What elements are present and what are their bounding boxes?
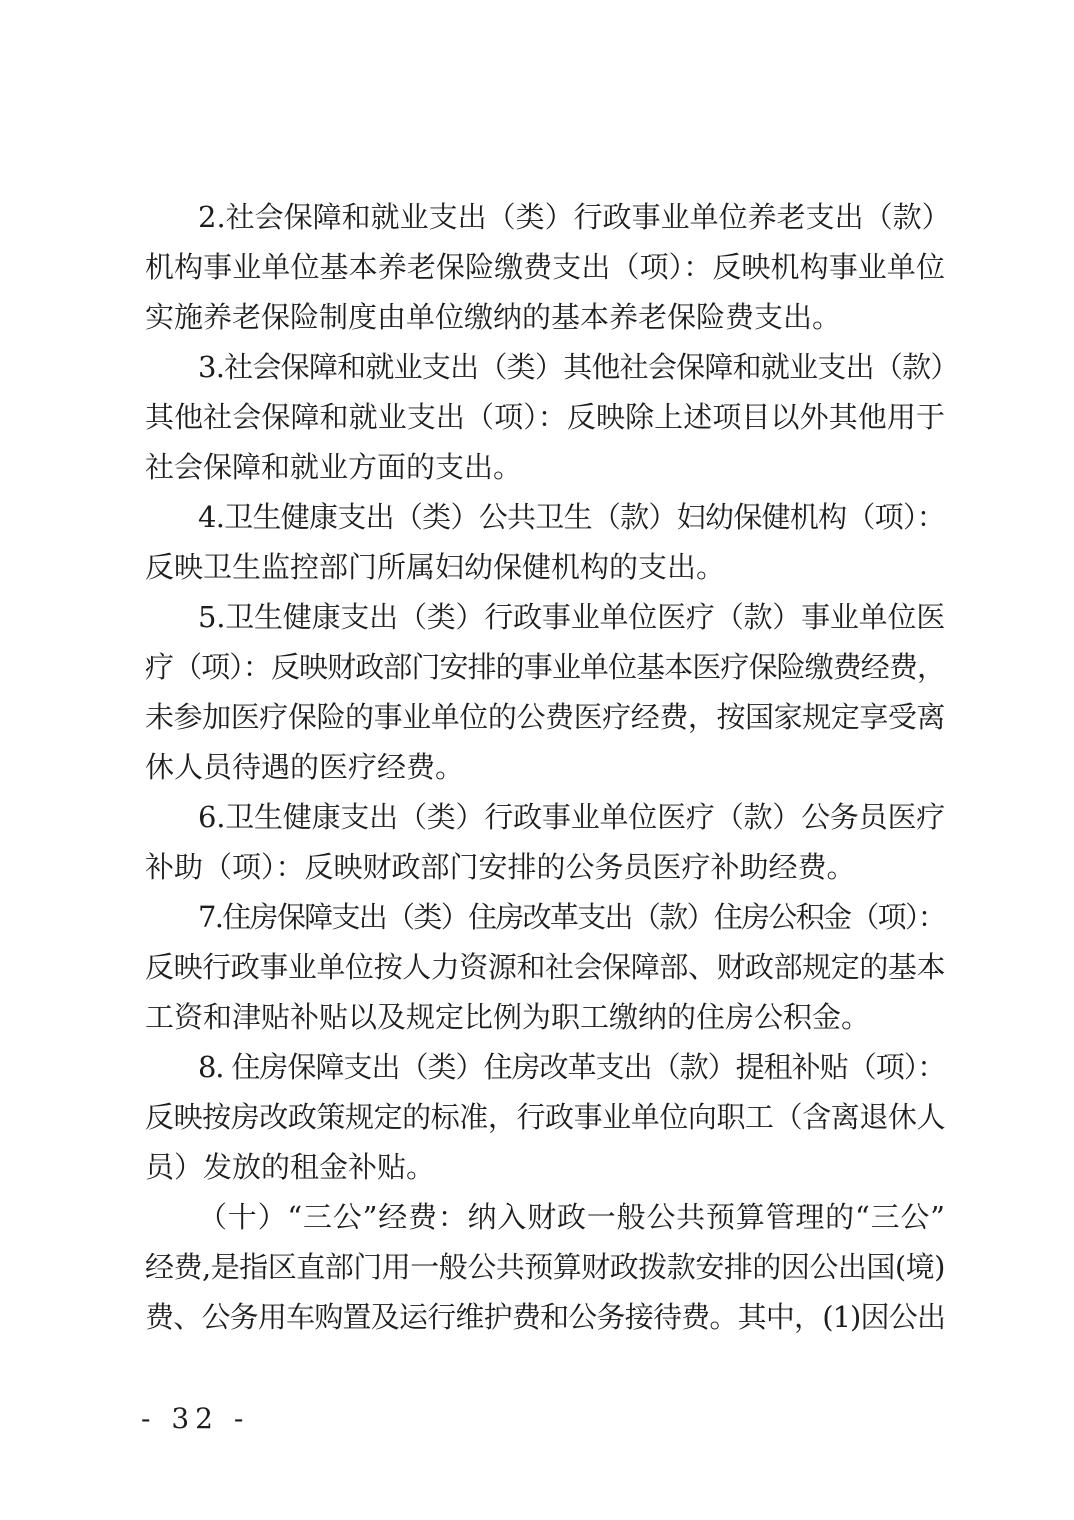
item-7-housing-fund: 7.住房保障支出（类）住房改革支出（款）住房公积金（项）：反映行政事业单位按人力… <box>145 892 945 1042</box>
text-line: 4.卫生健康支出（类）公共卫生（款）妇幼保健机构（项）： <box>145 492 945 542</box>
text-line: 补助（项）：反映财政部门安排的公务员医疗补助经费。 <box>145 842 945 892</box>
text-line: 经费,是指区直部门用一般公共预算财政拨款安排的因公出国(境) <box>145 1242 945 1292</box>
text-line: 反映行政事业单位按人力资源和社会保障部、财政部规定的基本 <box>145 942 945 992</box>
item-6-civil-servant-medical: 6.卫生健康支出（类）行政事业单位医疗（款）公务员医疗补助（项）：反映财政部门安… <box>145 792 945 892</box>
text-line: 3.社会保障和就业支出（类）其他社会保障和就业支出（款） <box>145 342 945 392</box>
text-line: 反映按房改政策规定的标准，行政事业单位向职工（含离退休人 <box>145 1092 945 1142</box>
text-line: 社会保障和就业方面的支出。 <box>145 442 945 492</box>
item-4-maternal-child-health: 4.卫生健康支出（类）公共卫生（款）妇幼保健机构（项）：反映卫生监控部门所属妇幼… <box>145 492 945 592</box>
document-body: 2.社会保障和就业支出（类）行政事业单位养老支出（款）机构事业单位基本养老保险缴… <box>145 192 945 1342</box>
text-line: 休人员待遇的医疗经费。 <box>145 742 945 792</box>
text-line: 7.住房保障支出（类）住房改革支出（款）住房公积金（项）： <box>145 892 945 942</box>
text-line: 8. 住房保障支出（类）住房改革支出（款）提租补贴（项）： <box>145 1042 945 1092</box>
text-line: 反映卫生监控部门所属妇幼保健机构的支出。 <box>145 542 945 592</box>
text-line: 6.卫生健康支出（类）行政事业单位医疗（款）公务员医疗 <box>145 792 945 842</box>
text-line: 实施养老保险制度由单位缴纳的基本养老保险费支出。 <box>145 292 945 342</box>
text-line: 未参加医疗保险的事业单位的公费医疗经费，按国家规定享受离 <box>145 692 945 742</box>
text-line: 疗（项）：反映财政部门安排的事业单位基本医疗保险缴费经费， <box>145 642 945 692</box>
text-line: （十）“三公”经费：纳入财政一般公共预算管理的“三公” <box>145 1192 945 1242</box>
item-10-three-public-funds: （十）“三公”经费：纳入财政一般公共预算管理的“三公”经费,是指区直部门用一般公… <box>145 1192 945 1342</box>
item-3-other-social-security: 3.社会保障和就业支出（类）其他社会保障和就业支出（款）其他社会保障和就业支出（… <box>145 342 945 492</box>
text-line: 工资和津贴补贴以及规定比例为职工缴纳的住房公积金。 <box>145 992 945 1042</box>
item-2-pension-expenditure: 2.社会保障和就业支出（类）行政事业单位养老支出（款）机构事业单位基本养老保险缴… <box>145 192 945 342</box>
document-page: 2.社会保障和就业支出（类）行政事业单位养老支出（款）机构事业单位基本养老保险缴… <box>0 0 1074 1520</box>
text-line: 其他社会保障和就业支出（项）：反映除上述项目以外其他用于 <box>145 392 945 442</box>
item-8-rent-subsidy: 8. 住房保障支出（类）住房改革支出（款）提租补贴（项）：反映按房改政策规定的标… <box>145 1042 945 1192</box>
item-5-institution-medical: 5.卫生健康支出（类）行政事业单位医疗（款）事业单位医疗（项）：反映财政部门安排… <box>145 592 945 792</box>
text-line: 费、公务用车购置及运行维护费和公务接待费。其中，(1)因公出 <box>145 1292 945 1342</box>
text-line: 2.社会保障和就业支出（类）行政事业单位养老支出（款） <box>145 192 945 242</box>
text-line: 5.卫生健康支出（类）行政事业单位医疗（款）事业单位医 <box>145 592 945 642</box>
text-line: 机构事业单位基本养老保险缴费支出（项）：反映机构事业单位 <box>145 242 945 292</box>
text-line: 员）发放的租金补贴。 <box>145 1142 945 1192</box>
page-number: - 32 - <box>141 1402 249 1435</box>
